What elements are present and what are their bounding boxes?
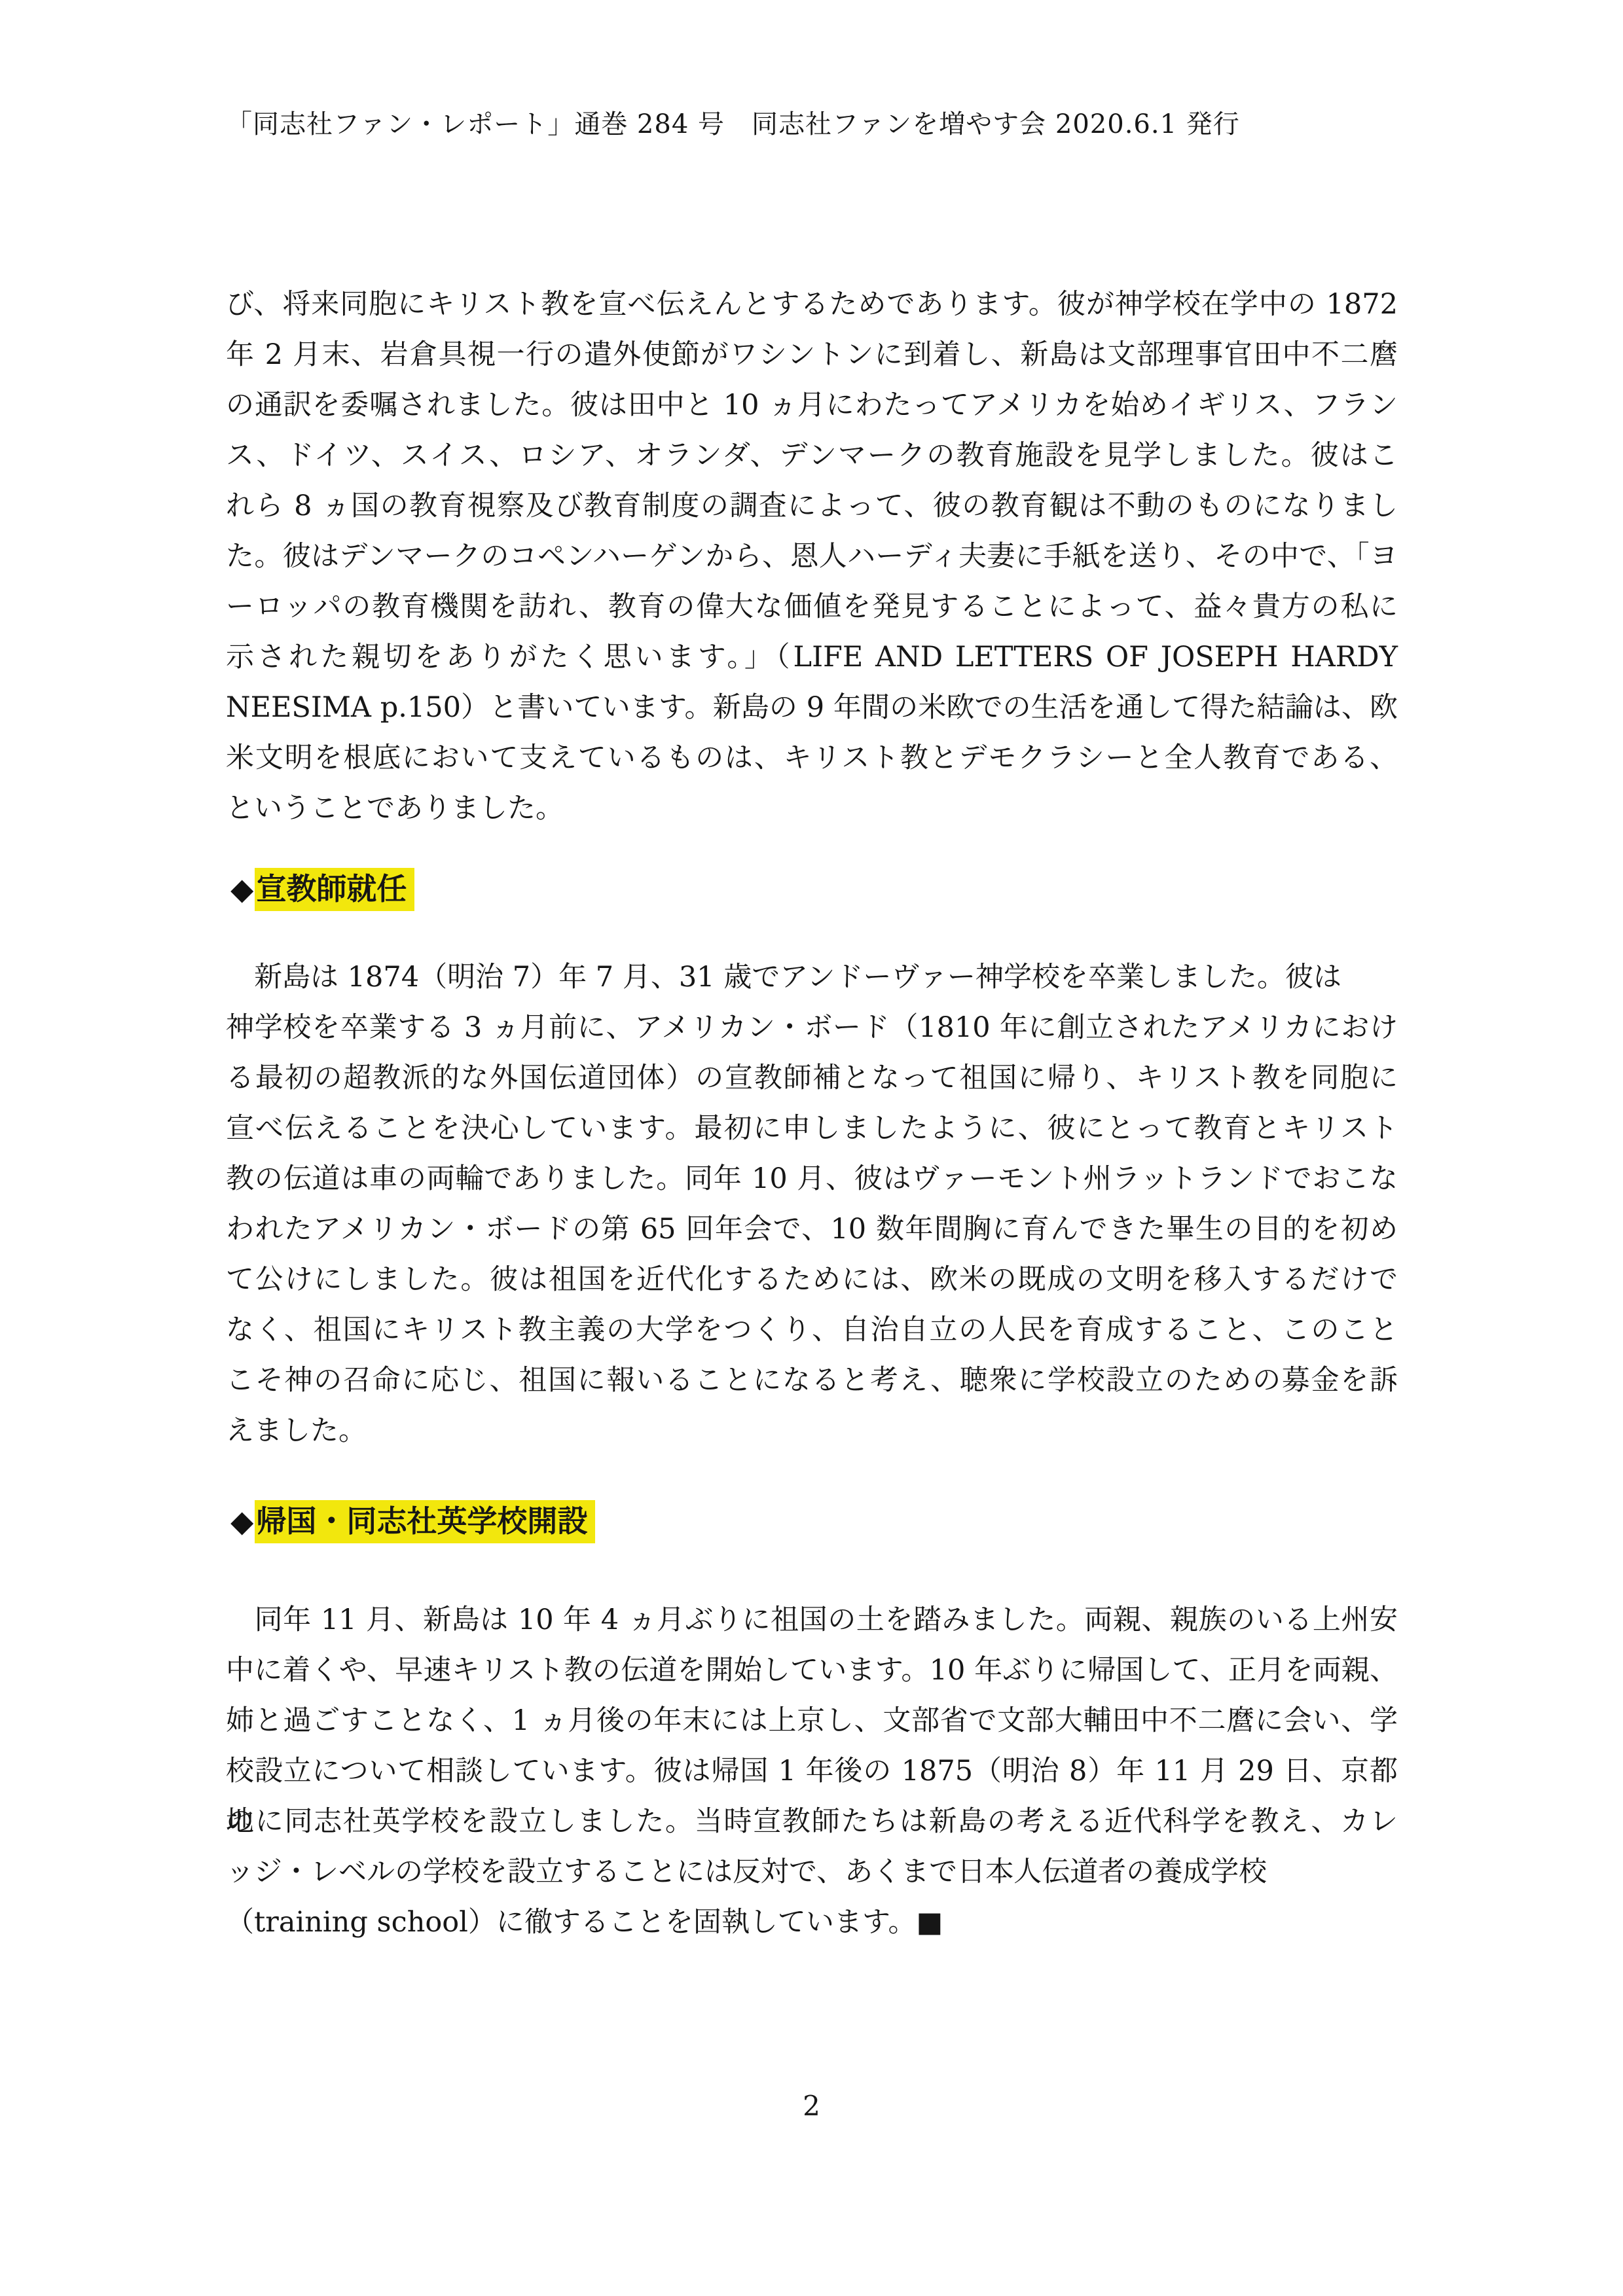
text-line: た。彼はデンマークのコペンハーゲンから、恩人ハーディ夫妻に手紙を送り、その中で、… [226,531,1398,582]
text-line: の通訳を委嘱されました。彼は田中と 10 ヵ月にわたってアメリカを始めイギリス、… [226,380,1398,431]
text-line: NEESIMA p.150）と書いています。新島の 9 年間の米欧での生活を通し… [226,683,1398,733]
text-line: ス、ドイツ、スイス、ロシア、オランダ、デンマークの教育施設を見学しました。彼はこ [226,431,1398,481]
text-line: 宣べ伝えることを決心しています。最初に申しましたように、彼にとって教育とキリスト [226,1103,1398,1154]
section-heading-1: ◆宣教師就任 [230,864,414,914]
text-line: び、将来同胞にキリスト教を宣べ伝えんとするためであります。彼が神学校在学中の 1… [226,279,1398,330]
paragraph-1: び、将来同胞にキリスト教を宣べ伝えんとするためであります。彼が神学校在学中の 1… [226,279,1398,834]
text-line: 米文明を根底において支えているものは、キリスト教とデモクラシーと全人教育である、 [226,733,1398,783]
text-line: 年 2 月末、岩倉具視一行の遣外使節がワシントンに到着し、新島は文部理事官田中不… [226,330,1398,380]
text-line: ーロッパの教育機関を訪れ、教育の偉大な価値を発見することによって、益々貴方の私に [226,582,1398,632]
text-line: 教の伝道は車の両輪でありました。同年 10 月、彼はヴァーモント州ラットランドで… [226,1154,1398,1204]
text-line: われたアメリカン・ボードの第 65 回年会で、10 数年間胸に育んできた畢生の目… [226,1204,1398,1255]
page-number: 2 [0,2088,1623,2125]
diamond-bullet-icon: ◆ [230,871,253,906]
text-line: 中に着くや、早速キリスト教の伝道を開始しています。10 年ぶりに帰国して、正月を… [226,1645,1398,1696]
text-line: こそ神の召命に応じ、祖国に報いることになると考え、聴衆に学校設立のための募金を訴 [226,1355,1398,1406]
paragraph-3: 同年 11 月、新島は 10 年 4 ヵ月ぶりに祖国の土を踏みました。両親、親族… [226,1595,1398,1948]
heading-highlight: 宣教師就任 [255,868,414,911]
document-header: 「同志社ファン・レポート」通巻 284 号 同志社ファンを増やす会 2020.6… [226,107,1398,142]
text-line: 地に同志社英学校を設立しました。当時宣教師たちは新島の考える近代科学を教え、カレ [226,1797,1398,1847]
text-line: て公けにしました。彼は祖国を近代化するためには、欧米の既成の文明を移入するだけで [226,1255,1398,1305]
text-line: なく、祖国にキリスト教主義の大学をつくり、自治自立の人民を育成すること、このこと [226,1305,1398,1355]
text-line: 校設立について相談しています。彼は帰国 1 年後の 1875（明治 8）年 11… [226,1746,1398,1797]
text-line: （training school）に徹することを固執しています。■ [226,1897,1398,1948]
text-line: る最初の超教派的な外国伝道団体）の宣教師補となって祖国に帰り、キリスト教を同胞に [226,1053,1398,1103]
text-line: 新島は 1874（明治 7）年 7 月、31 歳でアンドーヴァー神学校を卒業しま… [226,952,1398,1003]
text-line: 同年 11 月、新島は 10 年 4 ヵ月ぶりに祖国の土を踏みました。両親、親族… [226,1595,1398,1645]
section-heading-2: ◆帰国・同志社英学校開設 [230,1496,595,1546]
text-line: 示された親切をありがたく思います。」（LIFE AND LETTERS OF J… [226,632,1398,683]
heading-highlight: 帰国・同志社英学校開設 [255,1500,595,1543]
text-line: 神学校を卒業する 3 ヵ月前に、アメリカン・ボード（1810 年に創立されたアメ… [226,1003,1398,1053]
text-line: 姉と過ごすことなく、1 ヵ月後の年末には上京し、文部省で文部大輔田中不二麿に会い… [226,1696,1398,1746]
text-line: れら 8 ヵ国の教育視察及び教育制度の調査によって、彼の教育観は不動のものになり… [226,481,1398,531]
paragraph-2: 新島は 1874（明治 7）年 7 月、31 歳でアンドーヴァー神学校を卒業しま… [226,952,1398,1456]
text-line: ッジ・レベルの学校を設立することには反対で、あくまで日本人伝道者の養成学校 [226,1847,1398,1897]
text-line: ということでありました。 [226,783,1398,834]
diamond-bullet-icon: ◆ [230,1503,253,1539]
text-line: えました。 [226,1406,1398,1456]
document-page: 「同志社ファン・レポート」通巻 284 号 同志社ファンを増やす会 2020.6… [0,0,1623,2296]
